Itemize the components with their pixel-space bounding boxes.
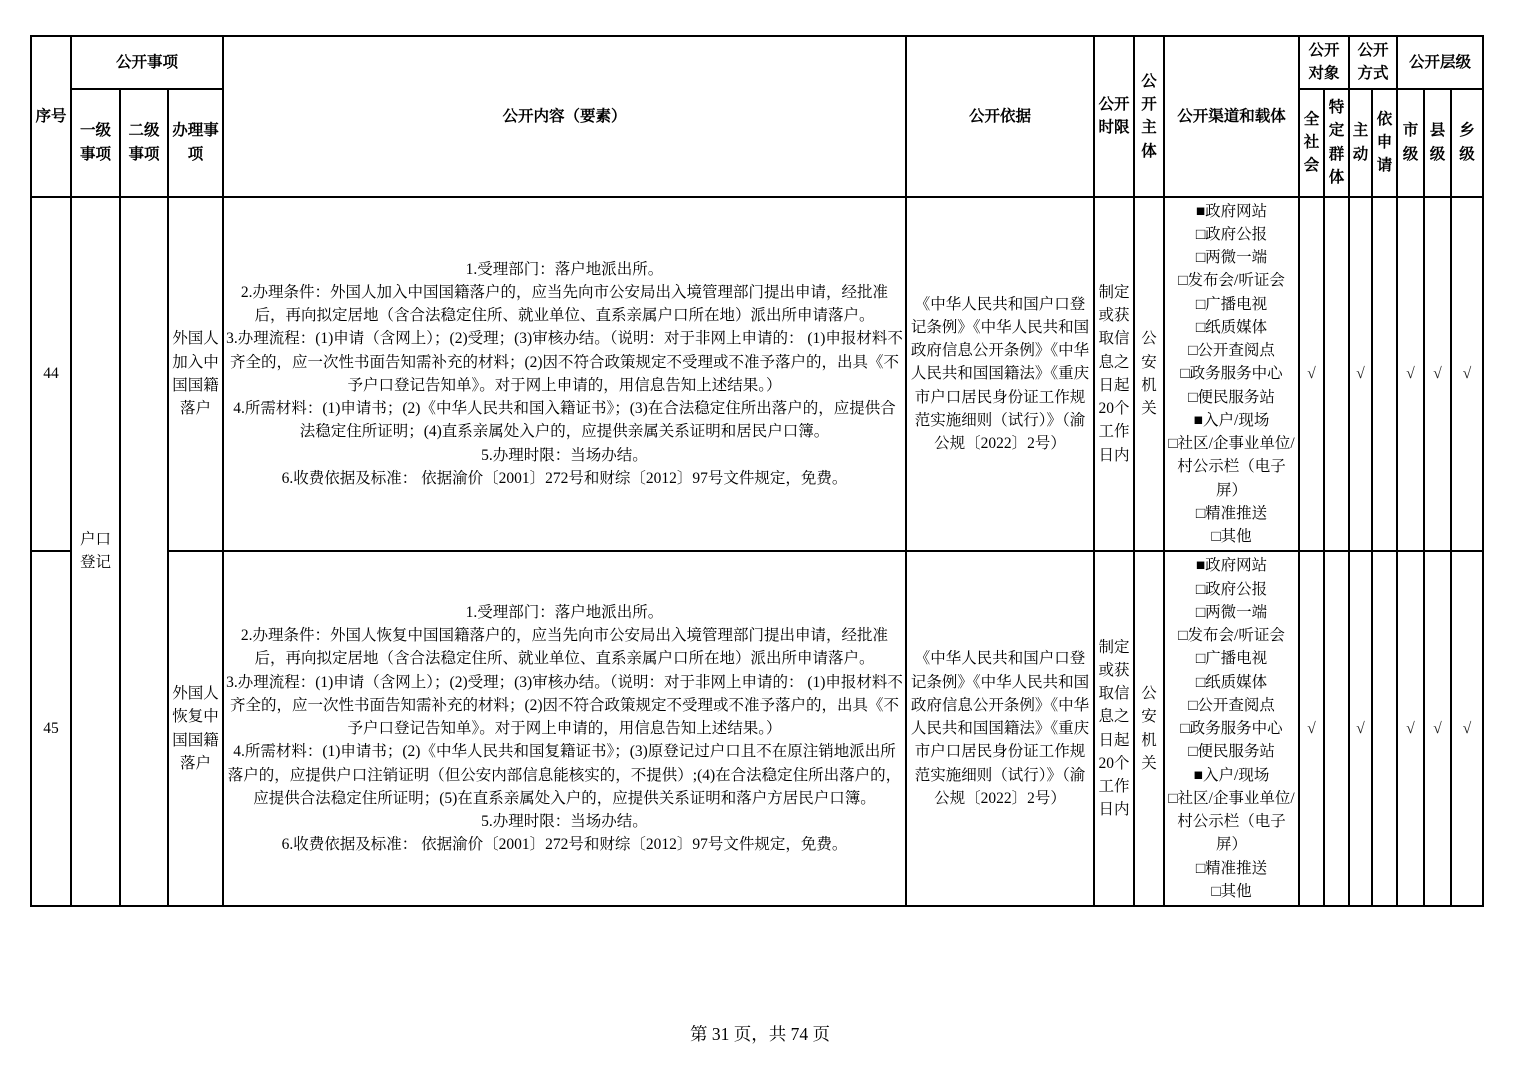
document-page: 序号 公开事项 公开内容（要素） 公开依据 公开时限 公 开 主 体 公开渠道和… bbox=[0, 0, 1520, 1074]
col-header-content: 公开内容（要素） bbox=[223, 36, 906, 197]
cell-basis: 《中华人民共和国户口登记条例》《中华人民共和国政府信息公开条例》《中华人民共和国… bbox=[906, 551, 1094, 906]
col-header-target-all: 全 社 会 bbox=[1299, 89, 1324, 197]
page-footer: 第 31 页，共 74 页 bbox=[0, 1021, 1520, 1046]
col-header-no: 序号 bbox=[31, 36, 71, 197]
cell-mark-level-township: √ bbox=[1451, 197, 1483, 552]
col-header-method-on-request: 依 申 请 bbox=[1372, 89, 1397, 197]
cell-mark-target-all: √ bbox=[1299, 551, 1324, 906]
disclosure-table: 序号 公开事项 公开内容（要素） 公开依据 公开时限 公 开 主 体 公开渠道和… bbox=[30, 35, 1484, 907]
cell-level1-item: 户口登记 bbox=[71, 197, 120, 907]
cell-time-limit: 制定或获取信息之日起20个工作日内 bbox=[1094, 197, 1134, 552]
col-header-method-proactive: 主 动 bbox=[1349, 89, 1372, 197]
cell-mark-method-proactive: √ bbox=[1349, 197, 1372, 552]
col-header-level-county: 县 级 bbox=[1424, 89, 1451, 197]
cell-handling-item: 外国人加入中国国籍落户 bbox=[168, 197, 223, 552]
col-header-level-city: 市 级 bbox=[1397, 89, 1424, 197]
cell-content: 1.受理部门：落户地派出所。 2.办理条件：外国人加入中国国籍落户的，应当先向市… bbox=[223, 197, 906, 552]
col-header-subject: 公 开 主 体 bbox=[1134, 36, 1164, 197]
col-header-level-township: 乡 级 bbox=[1451, 89, 1483, 197]
cell-mark-level-city: √ bbox=[1397, 551, 1424, 906]
cell-time-limit: 制定或获取信息之日起20个工作日内 bbox=[1094, 551, 1134, 906]
cell-channels: ■政府网站 □政府公报 □两微一端 □发布会/听证会 □广播电视 □纸质媒体 □… bbox=[1164, 551, 1299, 906]
header-row-group: 序号 公开事项 公开内容（要素） 公开依据 公开时限 公 开 主 体 公开渠道和… bbox=[31, 36, 1483, 89]
col-header-public-items-group: 公开事项 bbox=[71, 36, 223, 89]
cell-content: 1.受理部门：落户地派出所。 2.办理条件：外国人恢复中国国籍落户的，应当先向市… bbox=[223, 551, 906, 906]
cell-no: 45 bbox=[31, 551, 71, 906]
col-header-target-group: 公开对象 bbox=[1299, 36, 1349, 89]
col-header-handling-item: 办理事项 bbox=[168, 89, 223, 197]
col-header-level1-item: 一级事项 bbox=[71, 89, 120, 197]
cell-mark-target-specific bbox=[1324, 197, 1349, 552]
col-header-channels: 公开渠道和载体 bbox=[1164, 36, 1299, 197]
col-header-level-group: 公开层级 bbox=[1397, 36, 1483, 89]
cell-mark-method-on-request bbox=[1372, 197, 1397, 552]
cell-mark-level-county: √ bbox=[1424, 197, 1451, 552]
cell-basis: 《中华人民共和国户口登记条例》《中华人民共和国政府信息公开条例》《中华人民共和国… bbox=[906, 197, 1094, 552]
col-header-method-group: 公开方式 bbox=[1349, 36, 1397, 89]
cell-mark-target-all: √ bbox=[1299, 197, 1324, 552]
col-header-basis: 公开依据 bbox=[906, 36, 1094, 197]
col-header-time-limit: 公开时限 bbox=[1094, 36, 1134, 197]
cell-handling-item: 外国人恢复中国国籍落户 bbox=[168, 551, 223, 906]
cell-level2-item bbox=[120, 197, 168, 907]
cell-subject: 公 安 机 关 bbox=[1134, 197, 1164, 552]
col-header-target-specific: 特 定 群 体 bbox=[1324, 89, 1349, 197]
cell-mark-level-county: √ bbox=[1424, 551, 1451, 906]
cell-channels: ■政府网站 □政府公报 □两微一端 □发布会/听证会 □广播电视 □纸质媒体 □… bbox=[1164, 197, 1299, 552]
table-row-45: 45 外国人恢复中国国籍落户 1.受理部门：落户地派出所。 2.办理条件：外国人… bbox=[31, 551, 1483, 906]
cell-mark-level-city: √ bbox=[1397, 197, 1424, 552]
cell-mark-target-specific bbox=[1324, 551, 1349, 906]
cell-mark-method-on-request bbox=[1372, 551, 1397, 906]
cell-mark-method-proactive: √ bbox=[1349, 551, 1372, 906]
cell-mark-level-township: √ bbox=[1451, 551, 1483, 906]
cell-subject: 公 安 机 关 bbox=[1134, 551, 1164, 906]
col-header-level2-item: 二级事项 bbox=[120, 89, 168, 197]
cell-no: 44 bbox=[31, 197, 71, 552]
table-row-44: 44 户口登记 外国人加入中国国籍落户 1.受理部门：落户地派出所。 2.办理条… bbox=[31, 197, 1483, 552]
